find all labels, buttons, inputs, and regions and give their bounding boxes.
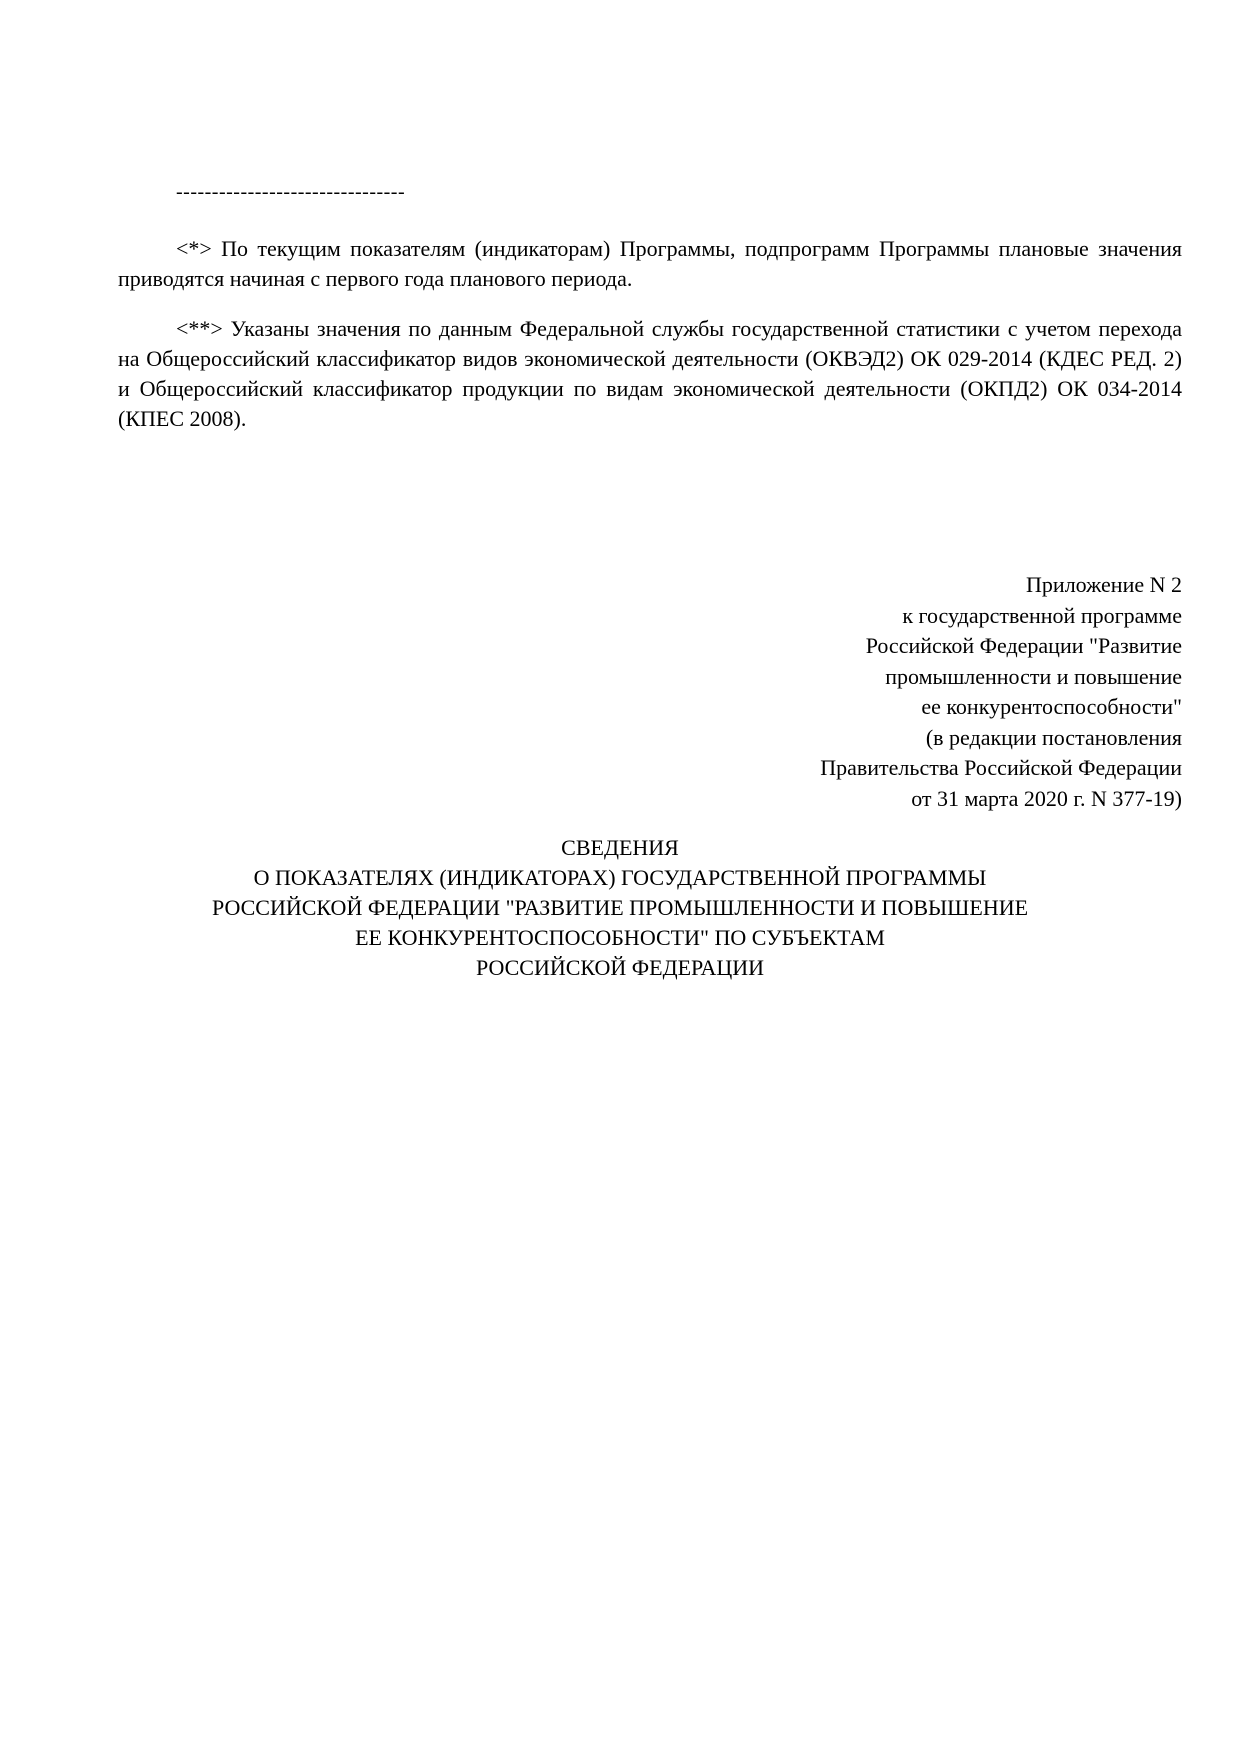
appendix-line: к государственной программе (820, 601, 1182, 632)
footnote-2: <**> Указаны значения по данным Федераль… (118, 314, 1182, 434)
document-page: -------------------------------- <*> По … (0, 0, 1240, 1754)
document-title: СВЕДЕНИЯ О ПОКАЗАТЕЛЯХ (ИНДИКАТОРАХ) ГОС… (0, 833, 1240, 983)
appendix-line: Правительства Российской Федерации (820, 753, 1182, 784)
appendix-number: Приложение N 2 (820, 570, 1182, 601)
appendix-date: от 31 марта 2020 г. N 377-19) (820, 784, 1182, 815)
title-heading: СВЕДЕНИЯ (0, 833, 1240, 863)
title-line: О ПОКАЗАТЕЛЯХ (ИНДИКАТОРАХ) ГОСУДАРСТВЕН… (0, 863, 1240, 893)
appendix-line: промышленности и повышение (820, 662, 1182, 693)
title-line: РОССИЙСКОЙ ФЕДЕРАЦИИ (0, 953, 1240, 983)
appendix-line: ее конкурентоспособности" (820, 692, 1182, 723)
appendix-line: (в редакции постановления (820, 723, 1182, 754)
footnote-separator: -------------------------------- (176, 180, 405, 204)
title-line: ЕЕ КОНКУРЕНТОСПОСОБНОСТИ" ПО СУБЪЕКТАМ (0, 923, 1240, 953)
appendix-line: Российской Федерации "Развитие (820, 631, 1182, 662)
title-line: РОССИЙСКОЙ ФЕДЕРАЦИИ "РАЗВИТИЕ ПРОМЫШЛЕН… (0, 893, 1240, 923)
footnote-1: <*> По текущим показателям (индикаторам)… (118, 234, 1182, 294)
appendix-header: Приложение N 2 к государственной програм… (820, 570, 1182, 814)
